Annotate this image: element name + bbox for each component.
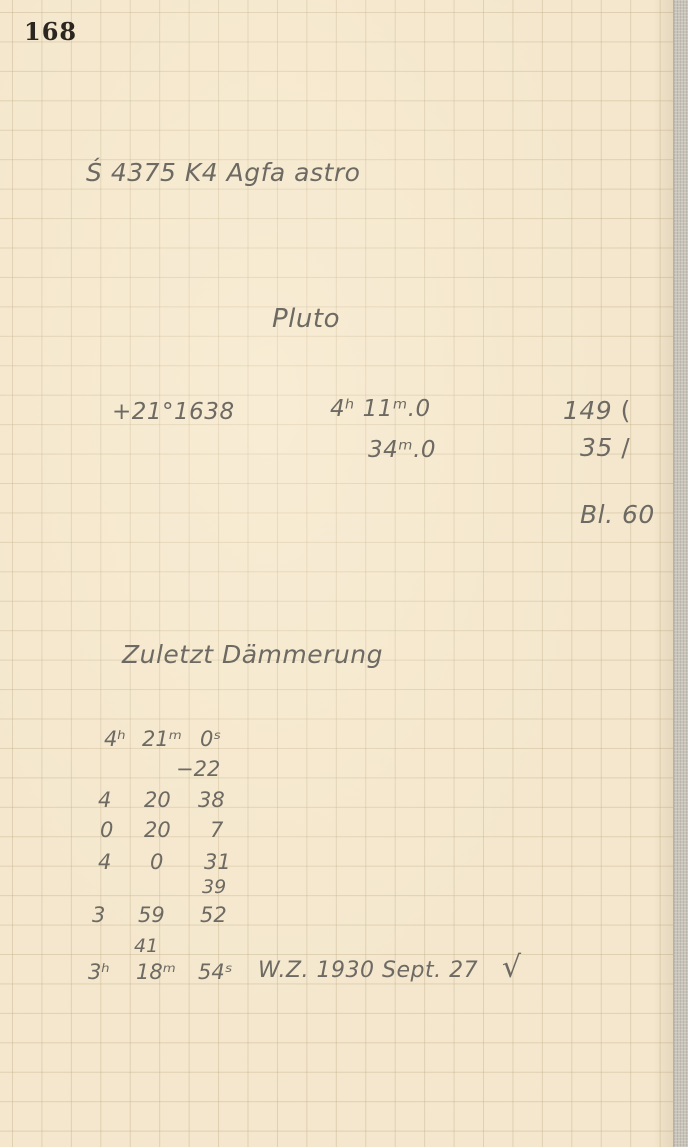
table-row: 4 20 38 bbox=[0, 788, 260, 818]
page-number: 168 bbox=[24, 17, 77, 46]
cell-hours: 3ʰ bbox=[88, 960, 110, 984]
plate-number-2: 35 / bbox=[580, 433, 630, 462]
exposure-second: 34ᵐ.0 bbox=[368, 437, 436, 463]
cell-hours: 4 bbox=[98, 788, 111, 812]
cell-seconds: 38 bbox=[198, 788, 225, 812]
section-heading: Zuletzt Dämmerung bbox=[122, 640, 383, 669]
cell-seconds: 31 bbox=[204, 850, 231, 874]
check-mark-icon: √ bbox=[502, 950, 522, 985]
cell-seconds: 39 bbox=[202, 876, 226, 898]
catalog-reference: Ś 4375 K4 Agfa astro bbox=[86, 158, 360, 187]
cell-minutes: 41 bbox=[134, 935, 158, 957]
table-row: 4ʰ 21ᵐ 0ˢ bbox=[0, 727, 260, 757]
cell-hours: 3 bbox=[92, 903, 105, 927]
plate-number-1: 149 ( bbox=[563, 396, 631, 425]
cell-minutes: 20 bbox=[144, 818, 171, 842]
cell-seconds: 52 bbox=[200, 903, 227, 927]
plate-label: Bl. 60 bbox=[580, 500, 655, 529]
cell-hours: 4 bbox=[98, 850, 111, 874]
struck-digit: 4 bbox=[383, 437, 398, 463]
cell-seconds: 0ˢ bbox=[200, 727, 221, 751]
cell-minutes: 0 bbox=[150, 850, 163, 874]
cell-hours: 0 bbox=[100, 818, 113, 842]
cell-hours: 4ʰ bbox=[104, 727, 126, 751]
exposure-start: 4ʰ 11ᵐ.0 bbox=[330, 396, 431, 422]
table-row: 3 59 52 bbox=[0, 903, 260, 933]
exposure-second-suffix: ᵐ.0 bbox=[398, 437, 436, 463]
final-note: W.Z. 1930 Sept. 27 bbox=[258, 958, 478, 983]
star-designation: +21°1638 bbox=[112, 399, 235, 425]
notebook-binding bbox=[673, 0, 688, 1147]
cell-minutes: 18ᵐ bbox=[136, 960, 176, 984]
cell-minutes: 20 bbox=[144, 788, 171, 812]
object-name: Pluto bbox=[272, 304, 340, 334]
cell-seconds: −22 bbox=[176, 757, 220, 781]
table-row: 0 20 7 bbox=[0, 818, 260, 848]
cell-minutes: 59 bbox=[138, 903, 165, 927]
exposure-second-prefix: 3 bbox=[368, 437, 383, 463]
table-row: 39 bbox=[0, 876, 260, 906]
table-row: −22 bbox=[0, 757, 260, 787]
cell-seconds: 54ˢ bbox=[198, 960, 233, 984]
cell-minutes: 21ᵐ bbox=[142, 727, 182, 751]
table-row: 3ʰ 18ᵐ 54ˢ bbox=[0, 960, 260, 990]
cell-seconds: 7 bbox=[210, 818, 223, 842]
notebook-page: 168 Ś 4375 K4 Agfa astro Pluto +21°1638 … bbox=[0, 0, 673, 1147]
